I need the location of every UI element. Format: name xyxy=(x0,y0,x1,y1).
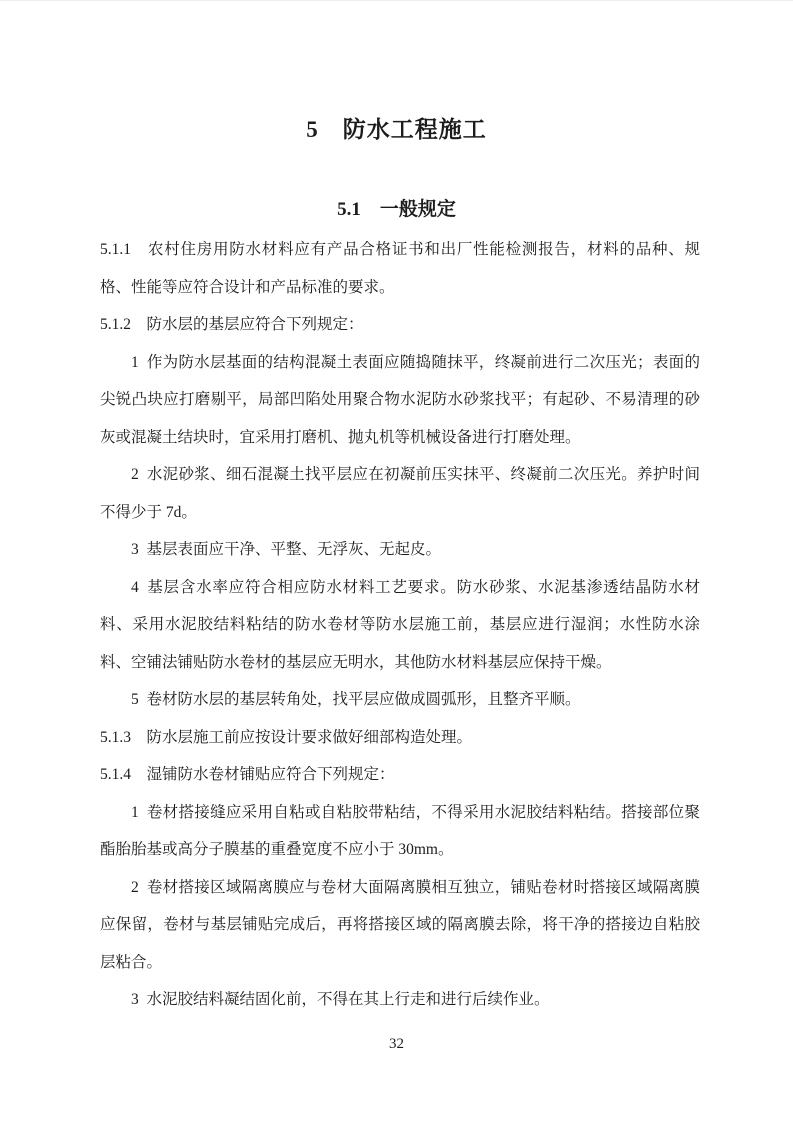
clause-5-1-2-item-5: 5 卷材防水层的基层转角处，找平层应做成圆弧形，且整齐平顺。 xyxy=(100,681,700,719)
section-heading: 5.1 一般规定 xyxy=(0,197,793,223)
clause-5-1-3: 5.1.3 防水层施工前应按设计要求做好细部构造处理。 xyxy=(100,719,700,757)
chapter-title: 5 防水工程施工 xyxy=(0,115,793,145)
clause-5-1-4: 5.1.4 湿铺防水卷材铺贴应符合下列规定： xyxy=(100,756,700,794)
clause-5-1-2-item-4: 4 基层含水率应符合相应防水材料工艺要求。防水砂浆、水泥基渗透结晶防水材料、采用… xyxy=(100,569,700,682)
clause-5-1-2-item-3: 3 基层表面应干净、平整、无浮灰、无起皮。 xyxy=(100,531,700,569)
clause-5-1-4-item-3: 3 水泥胶结料凝结固化前，不得在其上行走和进行后续作业。 xyxy=(100,981,700,1019)
clause-5-1-2-item-2: 2 水泥砂浆、细石混凝土找平层应在初凝前压实抹平、终凝前二次压光。养护时间不得少… xyxy=(100,456,700,531)
clause-5-1-4-item-1: 1 卷材搭接缝应采用自粘或自粘胶带粘结，不得采用水泥胶结料粘结。搭接部位聚酯胎胎… xyxy=(100,794,700,869)
clause-5-1-1: 5.1.1 农村住房用防水材料应有产品合格证书和出厂性能检测报告，材料的品种、规… xyxy=(100,231,700,306)
page-number: 32 xyxy=(0,1034,793,1054)
clause-5-1-2-item-1: 1 作为防水层基面的结构混凝土表面应随捣随抹平，终凝前进行二次压光；表面的尖锐凸… xyxy=(100,344,700,457)
document-page: 5 防水工程施工 5.1 一般规定 5.1.1 农村住房用防水材料应有产品合格证… xyxy=(0,0,793,1122)
clause-5-1-4-item-2: 2 卷材搭接区域隔离膜应与卷材大面隔离膜相互独立，铺贴卷材时搭接区域隔离膜应保留… xyxy=(100,869,700,982)
clause-5-1-2: 5.1.2 防水层的基层应符合下列规定： xyxy=(100,306,700,344)
document-body: 5.1.1 农村住房用防水材料应有产品合格证书和出厂性能检测报告，材料的品种、规… xyxy=(100,231,700,1019)
